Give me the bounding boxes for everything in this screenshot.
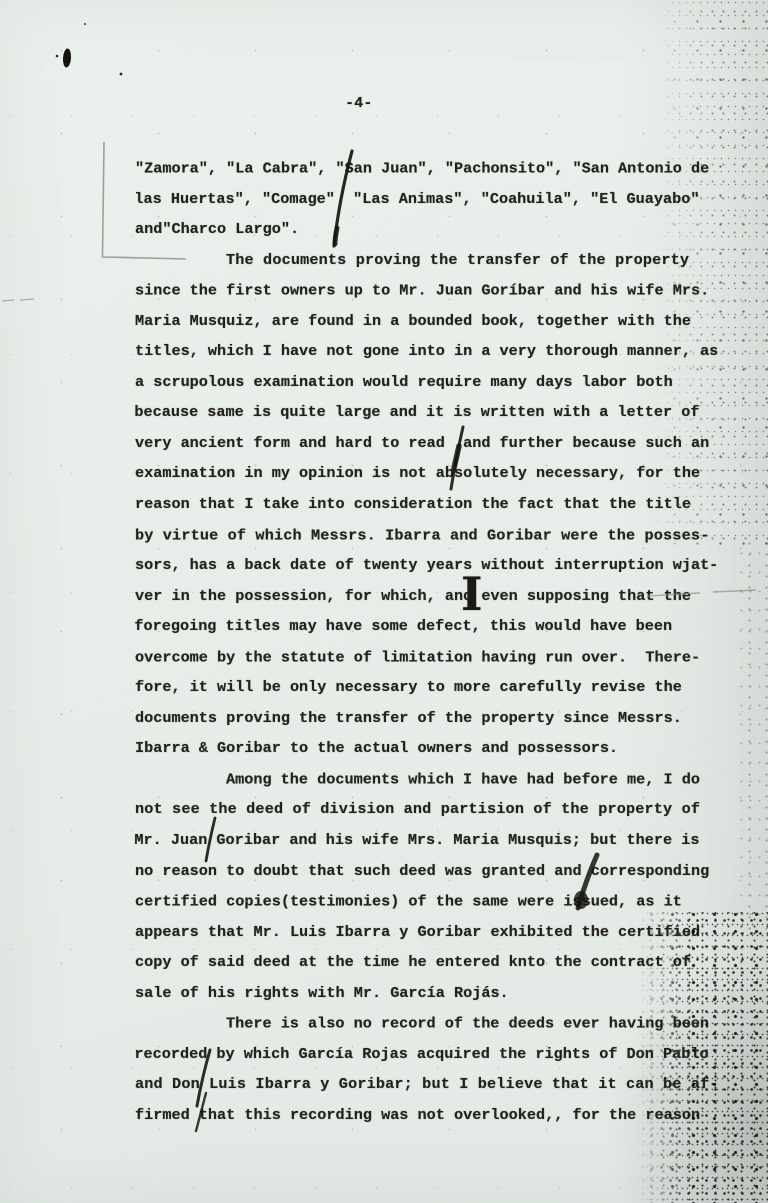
text-line: There is also no record of the deeds eve… — [135, 1009, 747, 1040]
text-line: firmed that this recording was not overl… — [135, 1100, 747, 1131]
text-line: overcome by the statute of limitation ha… — [135, 642, 747, 673]
text-line: and Don Luis Ibarra y Goribar; but I bel… — [135, 1069, 747, 1100]
text-line: reason that I take into consideration th… — [135, 489, 747, 520]
typewritten-text: "Zamora", "La Cabra", "San Juan", "Pacho… — [135, 153, 747, 1131]
text-line: certified copies(testimonies) of the sam… — [135, 887, 747, 918]
page-number: -4- — [345, 95, 372, 112]
text-line: by virtue of which Messrs. Ibarra and Go… — [135, 520, 747, 551]
document-page: -4- "Zamora", "La Cabra", "San Juan", "P… — [0, 0, 768, 1203]
text-line: appears that Mr. Luis Ibarra y Goribar e… — [135, 917, 747, 948]
text-line: foregoing titles may have some defect, t… — [134, 611, 746, 642]
text-line: "Zamora", "La Cabra", "San Juan", "Pacho… — [135, 154, 747, 185]
text-line: Mr. Juan Goribar and his wife Mrs. Maria… — [134, 825, 746, 856]
text-line: recorded by which García Rojas acquired … — [134, 1039, 746, 1070]
ink-dot-icon — [56, 55, 59, 58]
ink-dot-icon — [120, 73, 123, 76]
text-line: Among the documents which I have had bef… — [135, 764, 747, 795]
text-line: sors, has a back date of twenty years wi… — [135, 550, 747, 581]
text-line: since the first owners up to Mr. Juan Go… — [135, 276, 747, 307]
text-line: a scrupolous examination would require m… — [135, 367, 747, 398]
text-line: documents proving the transfer of the pr… — [135, 703, 747, 734]
ink-dot-icon — [84, 23, 86, 25]
text-line: The documents proving the transfer of th… — [135, 245, 747, 276]
text-line: not see the deed of division and partisi… — [135, 794, 747, 825]
text-line: sale of his rights with Mr. García Rojás… — [135, 978, 747, 1009]
text-line: because same is quite large and it is wr… — [134, 397, 746, 428]
text-line: Maria Musquiz, are found in a bounded bo… — [135, 306, 747, 337]
text-line: very ancient form and hard to read and f… — [135, 428, 747, 459]
left-edge-marks-icon — [2, 299, 34, 301]
text-line: Ibarra & Goribar to the actual owners an… — [135, 733, 747, 764]
text-line: copy of said deed at the time he entered… — [135, 947, 747, 978]
text-line: and"Charco Largo". — [135, 214, 747, 245]
text-line: las Huertas", "Comage" "Las Animas", "Co… — [134, 184, 746, 215]
text-line: no reason to doubt that such deed was gr… — [135, 856, 747, 887]
ink-blot-icon — [62, 48, 71, 68]
text-line: examination in my opinion is not absolut… — [135, 458, 747, 489]
text-line: fore, it will be only necessary to more … — [135, 672, 747, 703]
handwritten-insertion-mark: I — [461, 576, 483, 612]
text-line: titles, which I have not gone into in a … — [135, 336, 747, 367]
text-line: ver in the possession, for which, and ev… — [135, 581, 747, 612]
